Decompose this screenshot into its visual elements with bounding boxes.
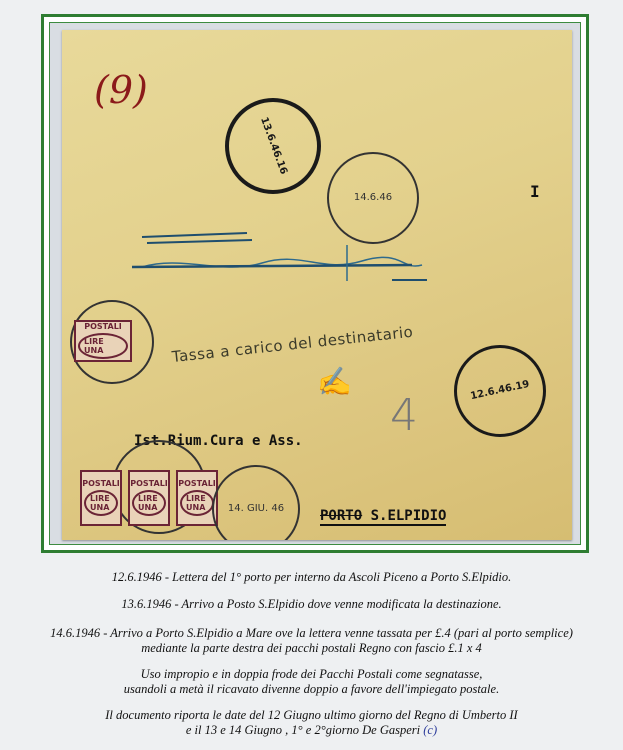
stamp-value: LIRE UNA [78, 333, 128, 359]
crossed-out-manuscript [122, 225, 442, 285]
pencil-tax-mark: 4 [390, 390, 418, 441]
album-page-inner-border: (9) 13.6.46.16 14.6.46 POSTALI LIRE UNA [49, 22, 581, 545]
stamp-value: LIRE UNA [180, 490, 214, 516]
stamp-label: POSTALI [130, 479, 168, 488]
parcel-post-stamp: POSTALI LIRE UNA [176, 470, 218, 526]
orange-signature: ✍ [317, 365, 352, 398]
copyright-mark: (c) [423, 723, 437, 737]
tax-handstamp: Tassa a carico del destinatario [171, 323, 414, 366]
caption-line: 12.6.1946 - Lettera del 1° porto per int… [0, 570, 623, 585]
postmark-date: 12.6.46.19 [469, 379, 530, 403]
caption-line: Il documento riporta le date del 12 Giug… [0, 708, 623, 723]
postmark-date: 14.6.46 [354, 192, 392, 204]
postal-cover: (9) 13.6.46.16 14.6.46 POSTALI LIRE UNA [62, 30, 572, 540]
postmark-elpidio-a-mare-bottom: 14. GIU. 46 [212, 465, 300, 540]
caption-line: 13.6.1946 - Arrivo a Posto S.Elpidio dov… [0, 597, 623, 612]
postmark-ascoli-piceno: 12.6.46.19 [454, 345, 546, 437]
caption-line: 14.6.1946 - Arrivo a Porto S.Elpidio a M… [0, 626, 623, 641]
stamp-value: LIRE UNA [84, 490, 118, 516]
album-page-frame: (9) 13.6.46.16 14.6.46 POSTALI LIRE UNA [41, 14, 589, 553]
postmark-porto-s-elpidio: 13.6.46.16 [225, 98, 321, 194]
right-margin-mark: I [530, 182, 540, 201]
parcel-post-stamp: POSTALI LIRE UNA [74, 320, 132, 362]
address-line-2: PORTO S.ELPIDIO [320, 508, 446, 524]
postmark-date: 13.6.46.16 [257, 116, 289, 177]
address-city: S.ELPIDIO [371, 508, 447, 526]
caption-line: usandoli a metà il ricavato divenne dopp… [0, 682, 623, 697]
caption-line: mediante la parte destra dei pacchi post… [0, 641, 623, 656]
stamp-label: POSTALI [84, 322, 122, 331]
caption-line: Uso impropio e in doppia frode dei Pacch… [0, 667, 623, 682]
parcel-post-stamp: POSTALI LIRE UNA [128, 470, 170, 526]
caption-text: e il 13 e 14 Giugno , 1° e 2°giorno De G… [186, 723, 420, 737]
postmark-date: 14. GIU. 46 [228, 503, 284, 515]
caption-line: e il 13 e 14 Giugno , 1° e 2°giorno De G… [0, 723, 623, 738]
stamp-label: POSTALI [178, 479, 216, 488]
manuscript-mark: (9) [94, 68, 148, 112]
stamp-label: POSTALI [82, 479, 120, 488]
address-struck-word: PORTO [320, 508, 362, 526]
stamp-value: LIRE UNA [132, 490, 166, 516]
parcel-post-stamp: POSTALI LIRE UNA [80, 470, 122, 526]
